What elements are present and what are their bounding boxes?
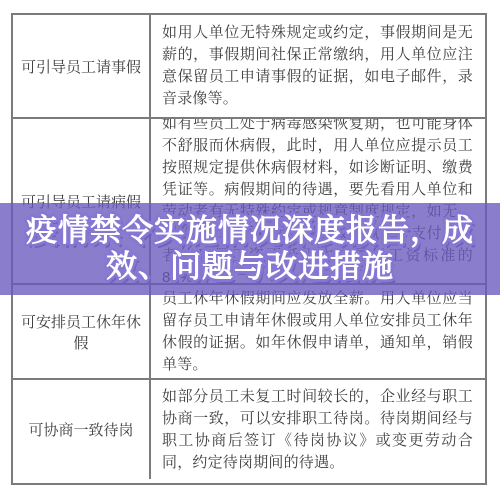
row-content-text: 如用人单位无特殊规定或约定，事假期间是无薪的，事假期间社保正常缴纳，用人单位应注…	[162, 22, 473, 110]
row-content-text: 如部分员工未复工时间较长的，企业经与职工协商一致，可以安排职工待岗。待岗期间经与…	[162, 386, 473, 474]
row-content-cell: 员工休年休假期间应发放全薪。用人单位应当留存员工申请年休假或用人单位安排员工休年…	[151, 285, 485, 378]
table-row: 可引导员工请事假 如用人单位无特殊规定或约定，事假期间是无薪的，事假期间社保正常…	[13, 15, 485, 117]
row-label-standby: 可协商一致待岗	[13, 380, 151, 479]
row-content-cell: 如部分员工未复工时间较长的，企业经与职工协商一致，可以安排职工待岗。待岗期间经与…	[151, 380, 485, 479]
table-row: 可安排员工休年休假 员工休年休假期间应发放全薪。用人单位应当留存员工申请年休假或…	[13, 283, 485, 378]
row-label-annual-leave: 可安排员工休年休假	[13, 285, 151, 378]
table-row: 可协商一致待岗 如部分员工未复工时间较长的，企业经与职工协商一致，可以安排职工待…	[13, 378, 485, 479]
title-overlay-banner: 疫情禁令实施情况深度报告，成 效、问题与改进措施	[0, 203, 500, 295]
row-label-personal-leave: 可引导员工请事假	[13, 15, 151, 117]
banner-title-line1: 疫情禁令实施情况深度报告，成	[26, 213, 474, 249]
banner-title-line2: 效、问题与改进措施	[106, 249, 394, 285]
row-content-text: 员工休年休假期间应发放全薪。用人单位应当留存员工申请年休假或用人单位安排员工休年…	[162, 288, 473, 376]
row-content-cell: 如用人单位无特殊规定或约定，事假期间是无薪的，事假期间社保正常缴纳，用人单位应注…	[151, 15, 485, 117]
